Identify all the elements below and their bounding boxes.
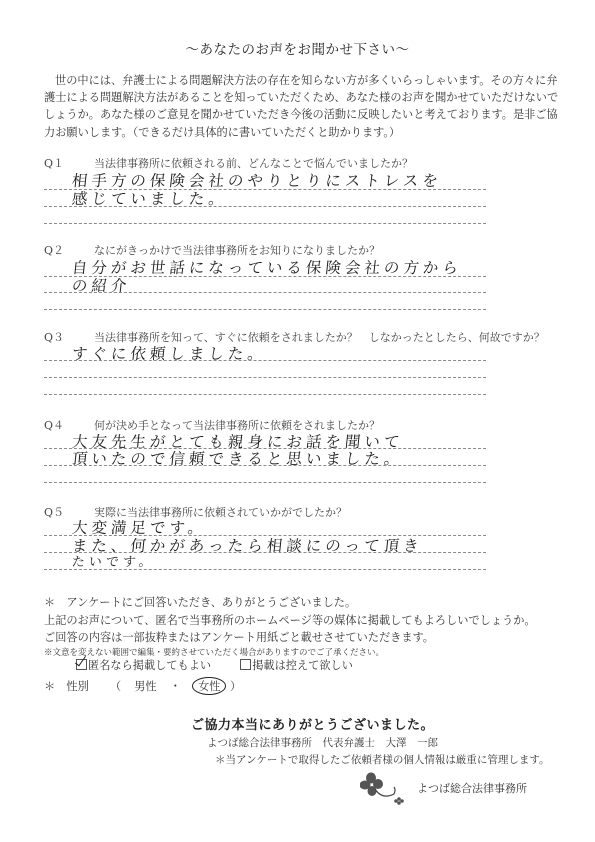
answer-line <box>44 223 486 224</box>
publish-question: 上記のお声について、匿名で当事務所のホームページ等の媒体に掲載してもよろしいでし… <box>44 612 564 630</box>
gender-field: ＊ 性別 （ 男性 ・ 女性 ） <box>44 677 241 695</box>
gender-label: ＊ 性別 <box>44 680 89 693</box>
closing-thanks: ご協力本当にありがとうございました。 <box>191 714 434 733</box>
paren-close: ） <box>230 680 241 693</box>
answer-line <box>44 206 486 207</box>
option-decline-label: 掲載は控えて欲しい <box>252 659 353 672</box>
answer-line <box>44 482 486 483</box>
signature: よつば総合法律事務所 代表弁護士 大澤 一郎 <box>207 735 438 750</box>
publish-detail: ご回答の内容は一部抜粋またはアンケート用紙ごと載せさせていただきます。 <box>44 629 564 647</box>
privacy-note: ＊当アンケートで取得したご依頼者様の個人情報は厳重に管理します。 <box>215 752 550 767</box>
checkbox-anonymous[interactable] <box>76 659 87 670</box>
publication-notes: ＊ アンケートにご回答いただき、ありがとうございました。 上記のお声について、匿… <box>44 594 564 660</box>
thanks-note: ＊ アンケートにご回答いただき、ありがとうございました。 <box>44 594 564 612</box>
answer-line <box>44 465 486 466</box>
option-anonymous-label: 匿名なら掲載してもよい <box>88 659 211 672</box>
answer-line <box>44 377 486 378</box>
document-title: ～あなたのお声をお聞かせ下さい～ <box>0 38 595 58</box>
answer-line <box>44 309 486 310</box>
clover-icon <box>360 770 410 810</box>
answer-line <box>44 292 486 293</box>
checkbox-decline[interactable] <box>240 659 251 670</box>
separator: ・ <box>170 680 181 693</box>
answer-5-line-3: たいです。 <box>71 551 157 570</box>
answer-line <box>44 360 486 361</box>
answer-line <box>44 569 486 570</box>
paren-open: （ <box>110 680 121 693</box>
consent-options: 匿名なら掲載してもよい 掲載は控えて欲しい <box>76 657 353 673</box>
gender-option-male[interactable]: 男性 <box>134 680 156 693</box>
gender-option-female[interactable]: 女性 <box>192 677 226 695</box>
intro-paragraph: 世の中には、弁護士による問題解決方法の存在を知らない方が多くいらっしゃいます。そ… <box>44 72 559 141</box>
firm-logo-text: よつば総合法律事務所 <box>417 780 527 796</box>
answer-line <box>44 394 486 395</box>
intro-text: 世の中には、弁護士による問題解決方法の存在を知らない方が多くいらっしゃいます。そ… <box>44 72 559 141</box>
